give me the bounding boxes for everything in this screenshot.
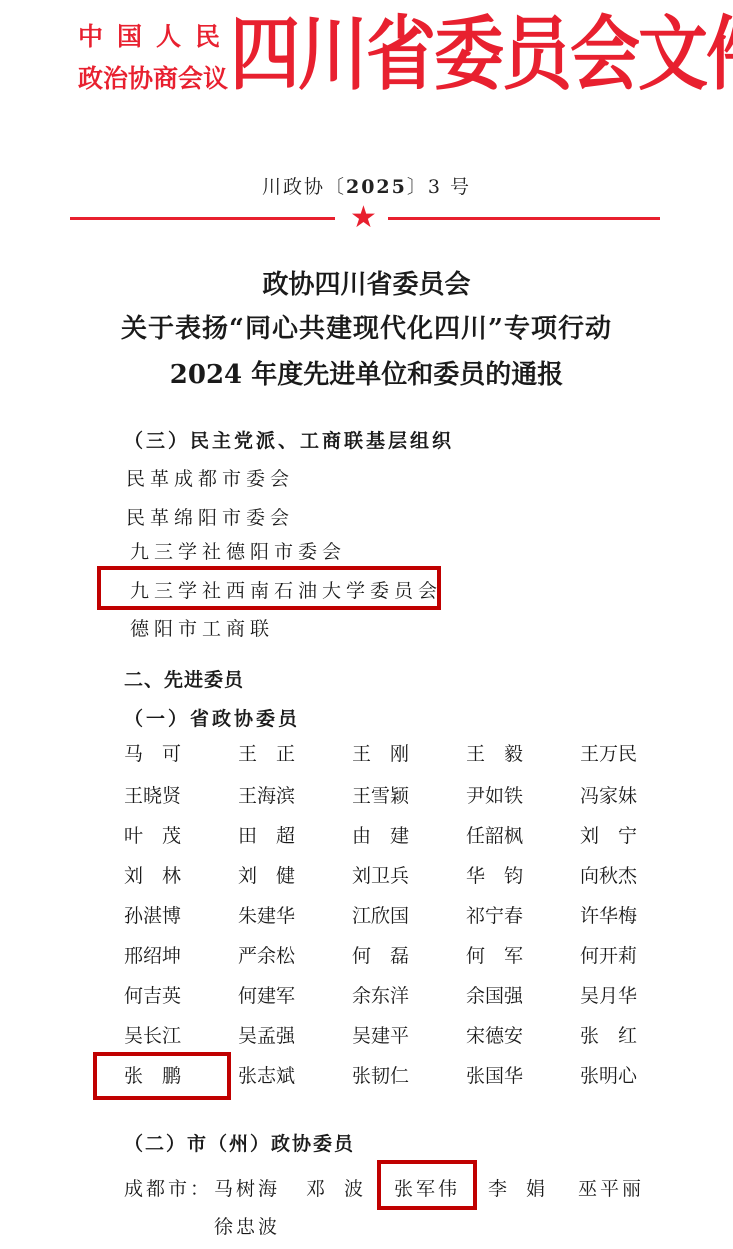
member-name: 祁宁春 xyxy=(466,907,523,926)
unit-item: 德阳市工商联 xyxy=(130,620,274,639)
red-divider-left xyxy=(70,217,335,220)
members-heading: 二、先进委员 xyxy=(124,671,244,690)
document-number: 川政协〔2025〕3 号 xyxy=(0,172,733,199)
member-name: 王万民 xyxy=(580,745,637,764)
member-name: 向秋杰 xyxy=(580,867,637,886)
municipal-subheading: （二）市（州）政协委员 xyxy=(124,1135,355,1154)
header-org-line1: 中国人民 xyxy=(78,24,234,49)
member-name: 邓 波 xyxy=(306,1180,363,1199)
member-name: 何 军 xyxy=(466,947,523,966)
member-name: 王 刚 xyxy=(352,745,409,764)
member-name: 何开莉 xyxy=(580,947,637,966)
star-icon: ★ xyxy=(350,203,377,233)
member-name: 刘 林 xyxy=(124,867,181,886)
member-name: 吴月华 xyxy=(580,987,637,1006)
highlight-box-municipal-member xyxy=(377,1160,477,1210)
member-name: 马树海 xyxy=(214,1180,280,1199)
member-name: 孙湛博 xyxy=(124,907,181,926)
member-name: 许华梅 xyxy=(580,907,637,926)
doc-title-line2: 关于表扬“同心共建现代化四川”专项行动 xyxy=(0,316,733,342)
member-name: 吴建平 xyxy=(352,1027,409,1046)
member-name: 王 正 xyxy=(238,745,295,764)
member-name: 冯家妹 xyxy=(580,787,637,806)
red-divider-right xyxy=(388,217,660,220)
member-name: 张国华 xyxy=(466,1067,523,1086)
member-name: 徐忠波 xyxy=(214,1218,280,1237)
member-name: 余东洋 xyxy=(352,987,409,1006)
highlight-box-unit xyxy=(97,566,441,610)
member-name: 张 红 xyxy=(580,1027,637,1046)
member-name: 刘卫兵 xyxy=(352,867,409,886)
city-label: 成都市： xyxy=(124,1180,212,1199)
member-name: 巫平丽 xyxy=(578,1180,644,1199)
member-name: 刘 健 xyxy=(238,867,295,886)
member-name: 王 毅 xyxy=(466,745,523,764)
member-name: 王雪颖 xyxy=(352,787,409,806)
member-name: 王海滨 xyxy=(238,787,295,806)
unit-item: 民革绵阳市委会 xyxy=(126,509,294,528)
member-name: 吴长江 xyxy=(124,1027,181,1046)
member-name: 张明心 xyxy=(580,1067,637,1086)
header-title-big: 四川省委员会文件 xyxy=(230,14,733,95)
member-name: 刘 宁 xyxy=(580,827,637,846)
member-name: 何 磊 xyxy=(352,947,409,966)
member-name: 何建军 xyxy=(238,987,295,1006)
member-name: 宋德安 xyxy=(466,1027,523,1046)
member-name: 吴孟强 xyxy=(238,1027,295,1046)
member-name: 由 建 xyxy=(352,827,409,846)
member-name: 朱建华 xyxy=(238,907,295,926)
member-name: 李 娟 xyxy=(488,1180,545,1199)
member-name: 江欣国 xyxy=(352,907,409,926)
doc-number-prefix: 川政协〔 xyxy=(262,176,346,198)
member-name: 王晓贤 xyxy=(124,787,181,806)
member-name: 何吉英 xyxy=(124,987,181,1006)
unit-item: 九三学社德阳市委会 xyxy=(130,543,346,562)
provincial-subheading: （一）省政协委员 xyxy=(124,710,300,729)
member-name: 马 可 xyxy=(124,745,181,764)
member-name: 尹如铁 xyxy=(466,787,523,806)
header-org-line2: 政治协商会议 xyxy=(78,66,228,91)
units-subheading: （三）民主党派、工商联基层组织 xyxy=(124,432,454,451)
member-name: 张志斌 xyxy=(238,1067,295,1086)
member-name: 邢绍坤 xyxy=(124,947,181,966)
member-name: 华 钧 xyxy=(466,867,523,886)
member-name: 张韧仁 xyxy=(352,1067,409,1086)
member-name: 田 超 xyxy=(238,827,295,846)
member-name: 任韶枫 xyxy=(466,827,523,846)
highlight-box-provincial-member xyxy=(93,1052,231,1100)
doc-title-line1: 政协四川省委员会 xyxy=(0,272,733,298)
member-name: 余国强 xyxy=(466,987,523,1006)
member-name: 叶 茂 xyxy=(124,827,181,846)
doc-number-suffix: 〕3 号 xyxy=(407,176,471,198)
doc-number-year: 2025 xyxy=(346,176,407,198)
unit-item: 民革成都市委会 xyxy=(126,470,294,489)
doc-title-line3: 2024 年度先进单位和委员的通报 xyxy=(0,362,733,388)
member-name: 严余松 xyxy=(238,947,295,966)
